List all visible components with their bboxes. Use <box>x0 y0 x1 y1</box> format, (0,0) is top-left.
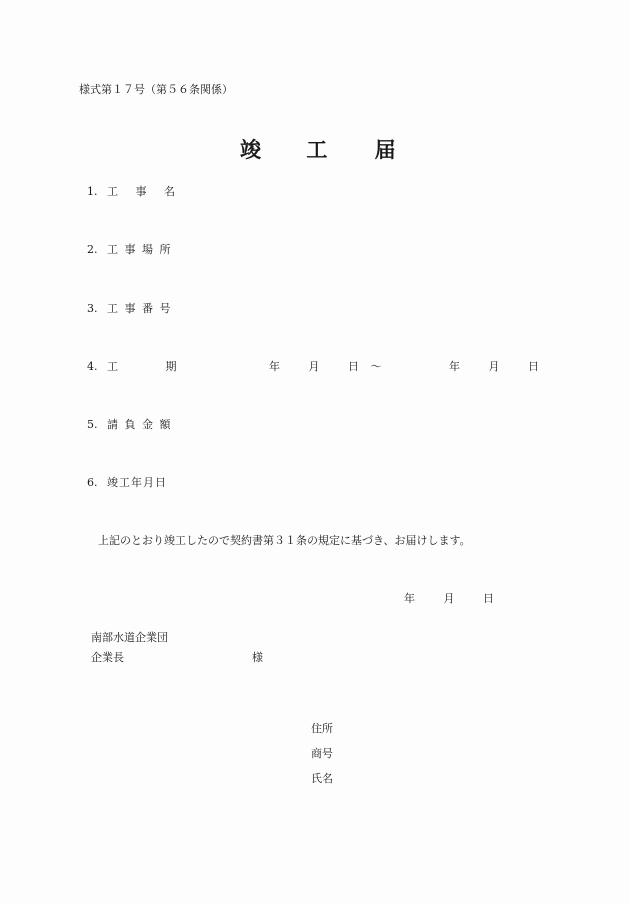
item-label-char: 額 <box>160 418 171 431</box>
form-number: 様式第１７号（第５６条関係） <box>79 81 233 97</box>
range-separator: ～ <box>371 360 382 373</box>
item-2: 2. 工 事 場 所 <box>87 241 171 257</box>
item-label-char: 工 <box>107 243 118 256</box>
item-1: 1. 工 事 名 <box>87 183 175 199</box>
item-label-char: 名 <box>164 185 175 198</box>
item-label-char: 期 <box>166 360 177 373</box>
year-label: 年 <box>404 592 415 605</box>
item-label: 竣工年月日 <box>107 476 167 489</box>
item-label-char: 工 <box>107 302 118 315</box>
item-label-char: 番 <box>142 302 153 315</box>
document-title: 竣 工 届 <box>240 134 396 164</box>
day-label: 日 <box>348 360 359 373</box>
item-label-char: 請 <box>107 418 118 431</box>
construction-period: 年 月 日 ～ <box>269 358 382 374</box>
item-5: 5. 請 負 金 額 <box>87 416 171 432</box>
item-number: 1. <box>87 185 98 198</box>
addressee-honorific: 様 <box>252 649 263 665</box>
submitter-address-label: 住所 <box>311 720 333 736</box>
item-number: 6. <box>87 476 98 489</box>
item-label-char: 所 <box>160 243 171 256</box>
month-label: 月 <box>309 360 320 373</box>
submitter-trade-name-label: 商号 <box>311 745 333 761</box>
addressee-title: 企業長 <box>91 649 124 665</box>
item-label-char: 工 <box>107 360 118 373</box>
item-4: 4. 工 期 <box>87 358 177 374</box>
item-label-char: 金 <box>142 418 153 431</box>
year-label: 年 <box>449 360 460 373</box>
title-char: 工 <box>306 134 327 164</box>
submitter-name-label: 氏名 <box>311 770 333 786</box>
addressee-org: 南部水道企業団 <box>91 629 168 645</box>
year-label: 年 <box>269 360 280 373</box>
item-number: 5. <box>87 418 98 431</box>
item-label-char: 号 <box>160 302 171 315</box>
item-number: 2. <box>87 243 98 256</box>
month-label: 月 <box>444 592 455 605</box>
construction-period-end: 年 月 日 <box>449 358 539 374</box>
item-number: 4. <box>87 360 98 373</box>
item-label-char: 場 <box>142 243 153 256</box>
item-3: 3. 工 事 番 号 <box>87 300 171 316</box>
item-number: 3. <box>87 302 98 315</box>
item-label-char: 負 <box>125 418 136 431</box>
item-label-char: 工 <box>107 185 118 198</box>
title-char: 竣 <box>240 134 261 164</box>
month-label: 月 <box>489 360 500 373</box>
item-label-char: 事 <box>136 185 147 198</box>
title-char: 届 <box>375 134 396 164</box>
statement: 上記のとおり竣工したので契約書第３１条の規定に基づき、お届けします。 <box>98 532 471 548</box>
item-label-char: 事 <box>125 302 136 315</box>
day-label: 日 <box>528 360 539 373</box>
item-label-char: 事 <box>125 243 136 256</box>
day-label: 日 <box>483 592 494 605</box>
item-6: 6. 竣工年月日 <box>87 474 167 490</box>
submission-date: 年 月 日 <box>404 590 494 606</box>
